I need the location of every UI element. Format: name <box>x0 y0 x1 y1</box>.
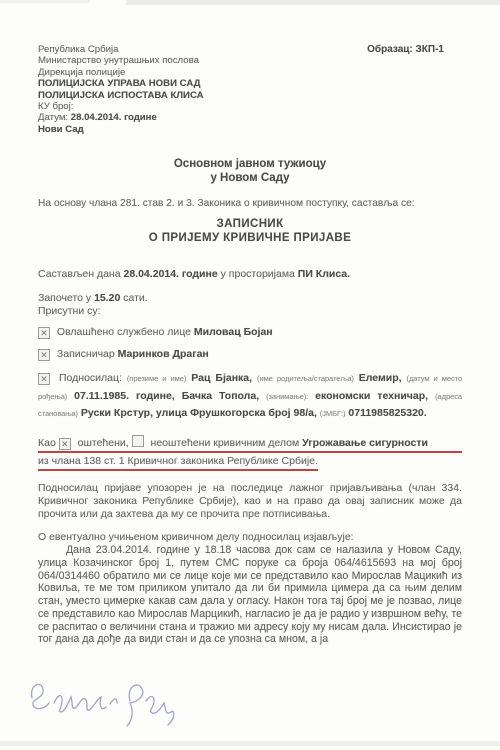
official-line: ✕ Овлашћено службено лице Миловац Бојан <box>38 326 462 339</box>
victim-status-line2: из члана 138 ст. 1 Кривичног законика Ре… <box>38 455 318 471</box>
birth-value: 07.11.1985. године, Бачка Топола, <box>74 390 259 402</box>
jmbg-value: 0711985825320. <box>348 407 426 419</box>
damaged-label: оштећени, <box>78 437 129 449</box>
recorder-label: Записничар <box>57 348 115 360</box>
composed-date: 28.04.2014. године <box>124 268 218 280</box>
composed-place: ПИ Клиса. <box>298 268 350 280</box>
composed-middle: у просторијама <box>221 268 295 280</box>
address-value: Руски Крстур, улица Фрушкогорска број 98… <box>81 407 317 419</box>
jmbg-field-label: (ЈМБГ:) <box>320 409 346 418</box>
occupation-value: економски техничар, <box>315 390 428 402</box>
date-value: 28.04.2014. године <box>71 112 157 123</box>
started-time: 15.20 <box>94 292 120 304</box>
submitter-label: Подносилац: <box>59 372 122 384</box>
present-label: Присутни су: <box>38 305 462 318</box>
addressee-line1: Основном јавном тужиоцу <box>38 158 462 172</box>
letterhead-date: Датум: 28.04.2014. године <box>38 112 204 123</box>
started-line: Започето у 15.20 сати. <box>38 292 462 305</box>
checkbox-unchecked-icon <box>132 435 144 447</box>
letterhead-ministry: Министарство унутрашњих послова <box>38 55 204 66</box>
warning-paragraph: Подносилац пријаве упозорен је на послед… <box>38 482 462 521</box>
checkbox-checked-icon: ✕ <box>38 327 50 339</box>
checkbox-checked-icon: ✕ <box>59 438 71 450</box>
scan-artifact-bottom <box>0 741 500 746</box>
document-title: ЗАПИСНИК <box>38 218 462 232</box>
surname-field-label: (презиме и име) <box>127 374 186 383</box>
started-prefix: Започето у <box>38 292 91 304</box>
addressee-block: Основном јавном тужиоцу у Новом Саду <box>38 158 462 185</box>
parent-value: Елемир, <box>359 372 402 384</box>
handwritten-signature <box>18 668 188 738</box>
document-title-block: ЗАПИСНИК О ПРИЈЕМУ КРИВИЧНЕ ПРИЈАВЕ <box>38 218 462 245</box>
document-subtitle: О ПРИЈЕМУ КРИВИЧНЕ ПРИЈАВЕ <box>38 232 462 246</box>
official-label: Овлашћено службено лице <box>57 326 191 338</box>
surname-value: Рац Бјанка, <box>191 372 252 384</box>
status-middle: кривичним делом <box>213 437 299 449</box>
submitter-paragraph: ✕ Подносилац: (презиме и име) Рац Бјанка… <box>38 370 462 422</box>
undamaged-label: неоштећени <box>151 437 211 449</box>
addressee-line2: у Новом Саду <box>38 172 462 186</box>
letterhead: Република Србија Министарство унутрашњих… <box>38 44 462 135</box>
victim-status-block: Као ✕ оштећени, неоштећени кривичним дел… <box>38 435 462 471</box>
parent-field-label: (име родитеља/старатеља) <box>257 374 354 383</box>
ku-number-label: КУ број: <box>38 101 204 112</box>
victim-status-line1: Као ✕ оштећени, неоштећени кривичним дел… <box>38 435 462 453</box>
scan-artifact-top <box>126 0 500 5</box>
letterhead-directorate: Дирекција полиције <box>38 67 204 78</box>
status-prefix: Као <box>38 437 56 449</box>
letterhead-country: Република Србија <box>38 44 204 55</box>
started-block: Започето у 15.20 сати. Присутни су: <box>38 292 462 317</box>
date-label: Датум: <box>38 112 68 123</box>
official-name: Миловац Бојан <box>194 326 273 338</box>
crime-name: Угрожавање сигурности <box>302 437 428 449</box>
statement-paragraph: Дана 23.04.2014. године у 18.18 часова д… <box>38 544 462 646</box>
composed-prefix: Састављен дана <box>38 268 121 280</box>
recorder-line: ✕ Записничар Маринков Драган <box>38 348 462 361</box>
checkbox-checked-icon: ✕ <box>38 349 50 361</box>
form-code-label: Образац: ЗКП-1 <box>367 44 444 55</box>
statement-intro-line: О евентуално учињеном кривичном делу под… <box>38 531 462 544</box>
letterhead-department: ПОЛИЦИЈСКА УПРАВА НОВИ САД <box>38 78 204 89</box>
started-suffix: сати. <box>123 292 147 304</box>
occupation-field-label: (занимање): <box>266 392 308 401</box>
letterhead-left: Република Србија Министарство унутрашњих… <box>38 44 204 135</box>
legal-basis-line: На основу члана 281. став 2. и 3. Закони… <box>38 198 462 209</box>
letterhead-station: ПОЛИЦИЈСКА ИСПОСТАВА КЛИСА <box>38 90 204 101</box>
scan-artifact-top-left <box>0 0 90 3</box>
checkbox-checked-icon: ✕ <box>38 373 50 385</box>
letterhead-city: Нови Сад <box>38 124 204 135</box>
scanned-document-page: Република Србија Министарство унутрашњих… <box>0 0 500 750</box>
document-content: Република Србија Министарство унутрашњих… <box>38 44 462 646</box>
composed-line: Састављен дана 28.04.2014. године у прос… <box>38 268 462 280</box>
recorder-name: Маринков Драган <box>118 348 209 360</box>
